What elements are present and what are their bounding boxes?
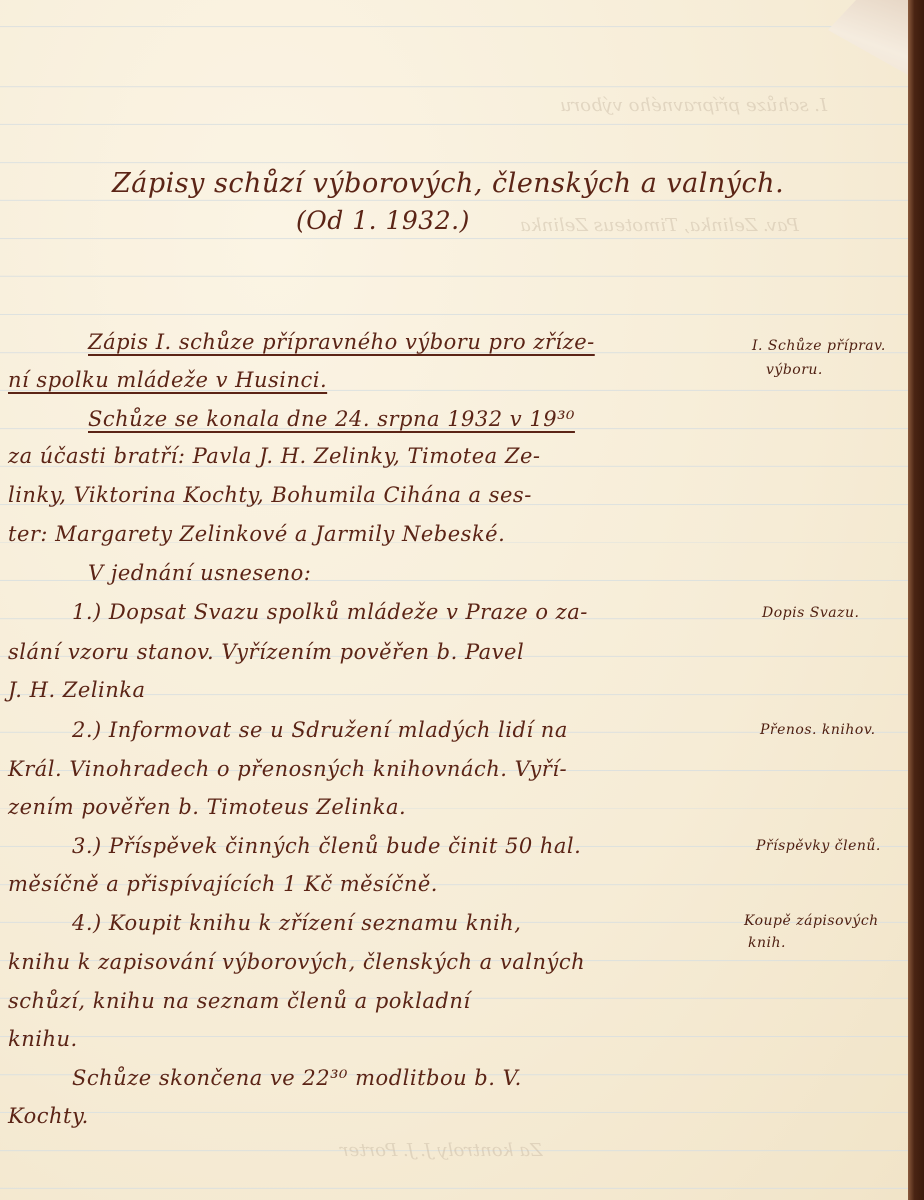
text-line: Schůze skončena ve 22³⁰ modlitbou b. V. [72, 1066, 522, 1090]
text-line: Král. Vinohradech o přenosných knihovnác… [8, 757, 567, 781]
text-line: Schůze se konala dne 24. srpna 1932 v 19… [88, 407, 575, 431]
text-line: V jednání usneseno: [88, 561, 311, 585]
bleed-through-text: Pav. Zelinka, Timoteus Zelinka [520, 215, 799, 236]
margin-note: výboru. [766, 362, 823, 378]
page-title: Zápisy schůzí výborových, členských a va… [112, 168, 784, 199]
text-line: knihu. [8, 1027, 78, 1051]
text-line: zením pověřen b. Timoteus Zelinka. [8, 795, 406, 819]
bleed-through-text: Za kontroly J. J. Porter [340, 1140, 542, 1161]
heading-line-2: ní spolku mládeže v Husinci. [8, 368, 327, 392]
page-subtitle: (Od 1. 1932.) [296, 206, 470, 235]
text-line: 2.) Informovat se u Sdružení mladých lid… [72, 718, 568, 742]
text-line: měsíčně a přispívajících 1 Kč měsíčně. [8, 872, 438, 896]
text-line: 3.) Příspěvek činných členů bude činit 5… [72, 834, 581, 858]
notebook-page: I. schůze přípravného výboru Pav. Zelink… [0, 0, 908, 1200]
text-line: schůzí, knihu na seznam členů a pokladní [8, 989, 471, 1013]
text-line: knihu k zapisování výborových, členských… [8, 950, 585, 974]
margin-note: knih. [748, 935, 786, 951]
bleed-through-text: I. schůze přípravného výboru [560, 95, 827, 116]
margin-note: Přenos. knihov. [760, 722, 876, 738]
text-line: 1.) Dopsat Svazu spolků mládeže v Praze … [72, 600, 588, 624]
text-line: linky, Viktorina Kochty, Bohumila Cihána… [8, 483, 532, 507]
margin-note: Příspěvky členů. [756, 838, 881, 854]
margin-note: Dopis Svazu. [762, 605, 859, 621]
margin-note: Koupě zápisových [744, 913, 879, 929]
heading-line-1: Zápis I. schůze přípravného výboru pro z… [88, 330, 595, 354]
text-line: za účasti bratří: Pavla J. H. Zelinky, T… [8, 444, 541, 468]
text-line: J. H. Zelinka [8, 678, 146, 702]
text-line: slání vzoru stanov. Vyřízením pověřen b.… [8, 640, 524, 664]
text-line: 4.) Koupit knihu k zřízení seznamu knih, [72, 911, 521, 935]
text-line: ter: Margarety Zelinkové a Jarmily Nebes… [8, 522, 505, 546]
margin-note: I. Schůze příprav. [752, 338, 886, 354]
book-binding-edge [908, 0, 924, 1200]
text-line: Kochty. [8, 1104, 89, 1128]
